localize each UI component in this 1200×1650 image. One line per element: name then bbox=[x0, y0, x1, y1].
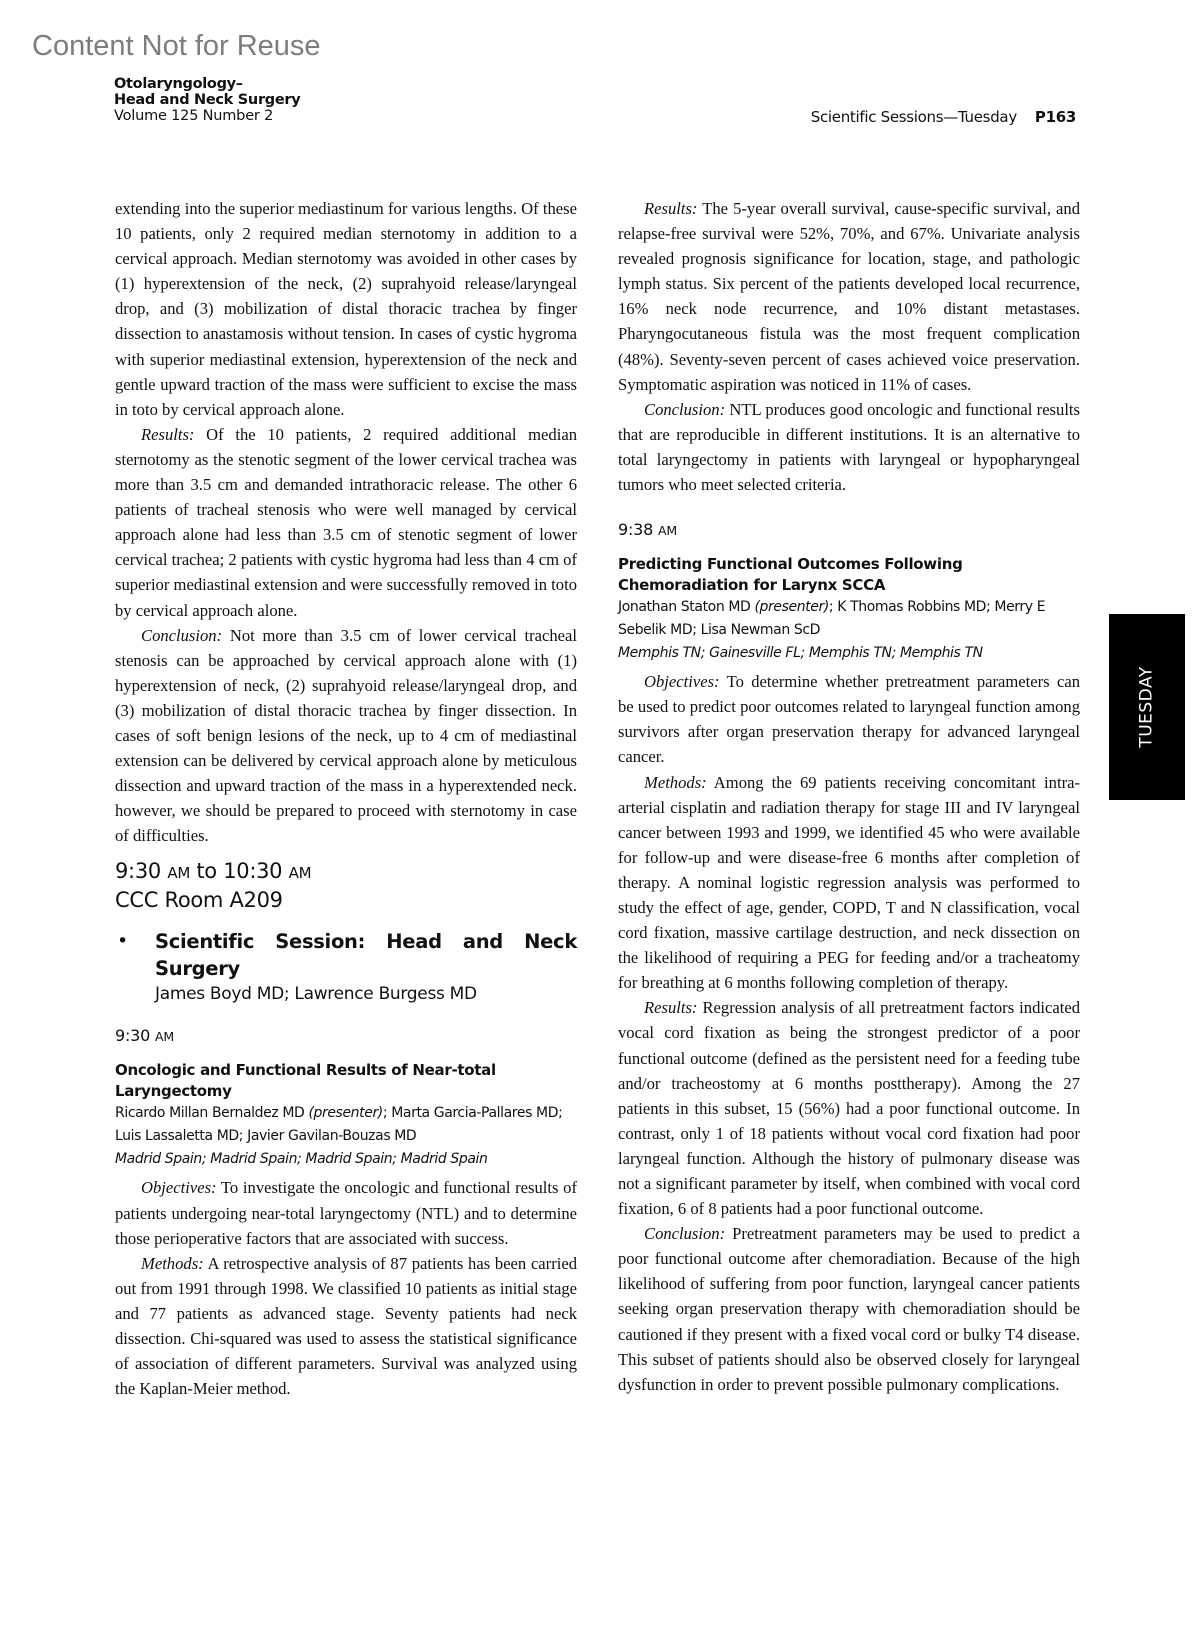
page-number: P163 bbox=[1035, 108, 1076, 126]
session-chairs: James Boyd MD; Lawrence Burgess MD bbox=[155, 982, 577, 1007]
journal-title-line1: Otolaryngology– bbox=[114, 76, 300, 92]
results-paragraph: Results: Of the 10 patients, 2 required … bbox=[115, 422, 577, 623]
conclusion-text: Pretreatment parameters may be used to p… bbox=[618, 1224, 1080, 1394]
session-time-to: to bbox=[190, 859, 223, 883]
methods-paragraph: Methods: A retrospective analysis of 87 … bbox=[115, 1251, 577, 1402]
methods-text: Among the 69 patients receiving concomit… bbox=[618, 773, 1080, 993]
talk-time-suffix: AM bbox=[658, 523, 677, 538]
results-paragraph: Results: Regression analysis of all pret… bbox=[618, 995, 1080, 1221]
results-label: Results: bbox=[644, 998, 697, 1017]
conclusion-text: Not more than 3.5 cm of lower cervical t… bbox=[115, 626, 577, 846]
right-column: Results: The 5-year overall survival, ca… bbox=[618, 196, 1080, 1397]
methods-paragraph: Methods: Among the 69 patients receiving… bbox=[618, 770, 1080, 996]
talk-time-value: 9:30 bbox=[115, 1026, 150, 1045]
journal-title-line2: Head and Neck Surgery bbox=[114, 92, 300, 108]
conclusion-paragraph: Conclusion: NTL produces good oncologic … bbox=[618, 397, 1080, 497]
session-time-start: 9:30 bbox=[115, 859, 161, 883]
session-room: CCC Room A209 bbox=[115, 887, 577, 914]
methods-text: A retrospective analysis of 87 patients … bbox=[115, 1254, 577, 1398]
results-label: Results: bbox=[644, 199, 697, 218]
talk-time-suffix: AM bbox=[155, 1029, 174, 1044]
conclusion-label: Conclusion: bbox=[141, 626, 222, 645]
bullet-icon: • bbox=[115, 928, 155, 1007]
talk-affiliations: Memphis TN; Gainesville FL; Memphis TN; … bbox=[618, 642, 1080, 665]
journal-volume: Volume 125 Number 2 bbox=[114, 108, 300, 124]
session-time-start-suffix: AM bbox=[167, 864, 190, 882]
running-head: Scientific Sessions—TuesdayP163 bbox=[811, 108, 1076, 126]
talk-time-value: 9:38 bbox=[618, 520, 653, 539]
authors-before: Jonathan Staton MD bbox=[618, 599, 754, 615]
talk-time: 9:38 AM bbox=[618, 519, 1080, 542]
conclusion-label: Conclusion: bbox=[644, 1224, 725, 1243]
results-label: Results: bbox=[141, 425, 194, 444]
conclusion-label: Conclusion: bbox=[644, 400, 725, 419]
session-entry: • Scientific Session: Head and Neck Surg… bbox=[115, 928, 577, 1007]
methods-label: Methods: bbox=[644, 773, 707, 792]
conclusion-paragraph: Conclusion: Pretreatment parameters may … bbox=[618, 1221, 1080, 1397]
conclusion-paragraph: Conclusion: Not more than 3.5 cm of lowe… bbox=[115, 623, 577, 849]
presenter-tag: (presenter) bbox=[754, 599, 828, 615]
talk-title: Oncologic and Functional Results of Near… bbox=[115, 1060, 577, 1102]
authors-before: Ricardo Millan Bernaldez MD bbox=[115, 1105, 308, 1121]
talk-authors: Ricardo Millan Bernaldez MD (presenter);… bbox=[115, 1102, 577, 1148]
journal-header: Otolaryngology– Head and Neck Surgery Vo… bbox=[114, 76, 300, 124]
talk-affiliations: Madrid Spain; Madrid Spain; Madrid Spain… bbox=[115, 1148, 577, 1171]
day-tab-label: TUESDAY bbox=[1137, 666, 1157, 747]
results-text: Regression analysis of all pretreatment … bbox=[618, 998, 1080, 1218]
results-text: The 5-year overall survival, cause-speci… bbox=[618, 199, 1080, 394]
talk-authors: Jonathan Staton MD (presenter); K Thomas… bbox=[618, 596, 1080, 642]
objectives-paragraph: Objectives: To investigate the oncologic… bbox=[115, 1175, 577, 1250]
talk-title: Predicting Functional Outcomes Following… bbox=[618, 554, 1080, 596]
results-paragraph: Results: The 5-year overall survival, ca… bbox=[618, 196, 1080, 397]
left-column: extending into the superior mediastinum … bbox=[115, 196, 577, 1401]
day-thumb-tab: TUESDAY bbox=[1109, 614, 1185, 800]
watermark: Content Not for Reuse bbox=[32, 30, 321, 63]
running-head-section: Scientific Sessions—Tuesday bbox=[811, 108, 1017, 126]
session-time: 9:30 AM to 10:30 AM bbox=[115, 858, 577, 887]
objectives-label: Objectives: bbox=[141, 1178, 217, 1197]
presenter-tag: (presenter) bbox=[308, 1105, 382, 1121]
talk-time: 9:30 AM bbox=[115, 1025, 577, 1048]
session-time-end: 10:30 bbox=[223, 859, 282, 883]
results-text: Of the 10 patients, 2 required additiona… bbox=[115, 425, 577, 620]
objectives-paragraph: Objectives: To determine whether pretrea… bbox=[618, 669, 1080, 769]
session-title: Scientific Session: Head and Neck Surger… bbox=[155, 928, 577, 982]
continued-paragraph: extending into the superior mediastinum … bbox=[115, 196, 577, 422]
session-time-end-suffix: AM bbox=[289, 864, 312, 882]
methods-label: Methods: bbox=[141, 1254, 204, 1273]
objectives-label: Objectives: bbox=[644, 672, 720, 691]
